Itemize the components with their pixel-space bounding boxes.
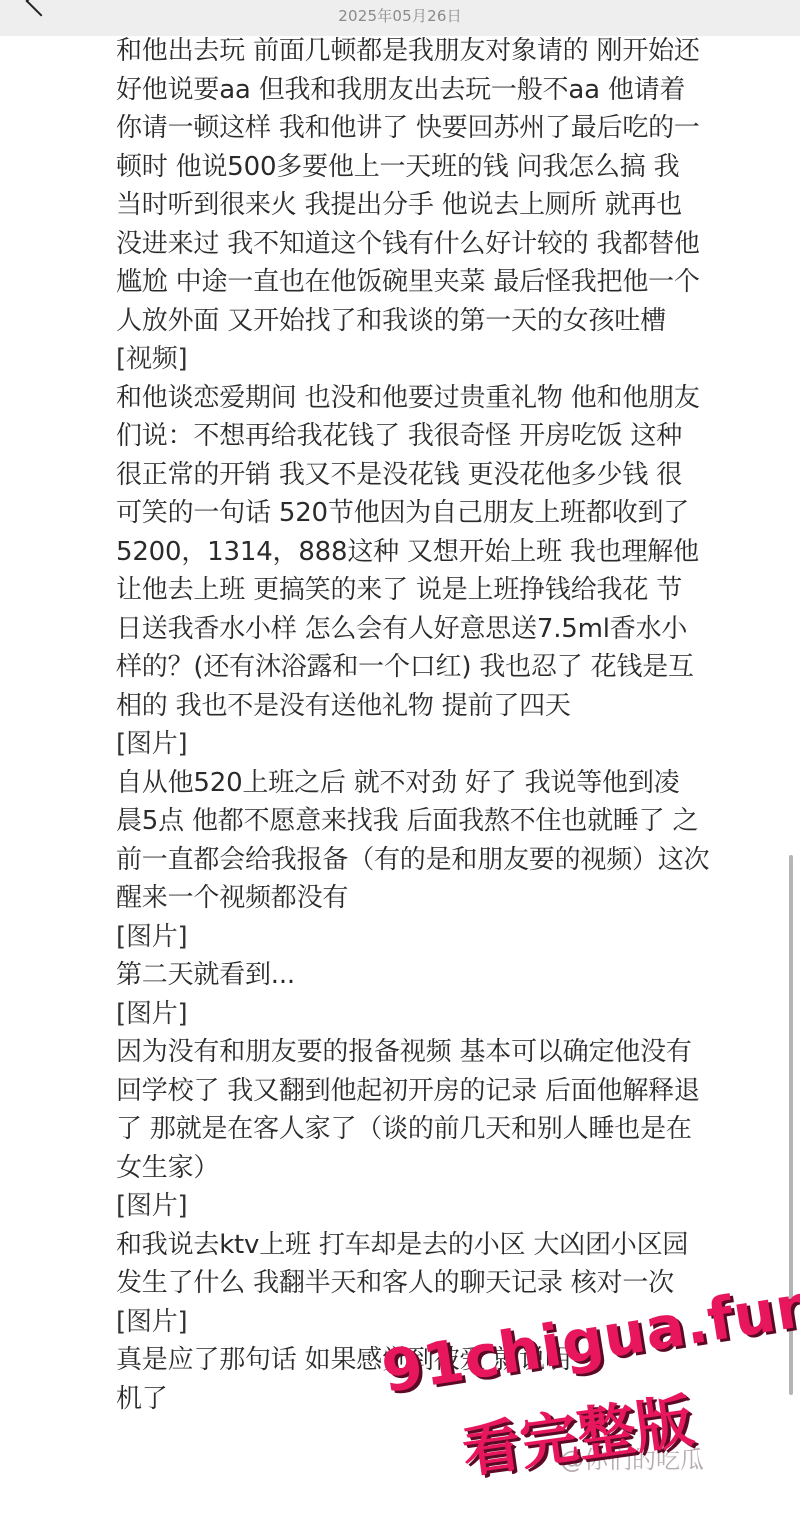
text-line: 回学校了 我又翻到他起初开房的记录 后面他解释退 — [116, 1072, 776, 1111]
image-placeholder[interactable]: [图片] — [116, 995, 776, 1034]
text-line: 你请一顿这样 我和他讲了 快要回苏州了最后吃的一 — [116, 109, 776, 148]
message-content: 和他出去玩 前面几顿都是我朋友对象请的 刚开始还 好他说要aa 但我和我朋友出去… — [116, 32, 776, 1418]
text-line: 醒来一个视频都没有 — [116, 879, 776, 918]
text-line: 和我说去ktv上班 打车却是去的小区 大凶团小区园 — [116, 1226, 776, 1265]
text-line: 让他去上班 更搞笑的来了 说是上班挣钱给我花 节 — [116, 571, 776, 610]
text-line: 尴尬 中途一直也在他饭碗里夹菜 最后怪我把他一个 — [116, 263, 776, 302]
text-line: 5200，1314，888这种 又想开始上班 我也理解他 — [116, 533, 776, 572]
text-line: 了 那就是在客人家了（谈的前几天和别人睡也是在 — [116, 1110, 776, 1149]
text-line: 晨5点 他都不愿意来找我 后面我熬不住也就睡了 之 — [116, 802, 776, 841]
text-line: 当时听到很来火 我提出分手 他说去上厕所 就再也 — [116, 186, 776, 225]
text-line: 和他出去玩 前面几顿都是我朋友对象请的 刚开始还 — [116, 32, 776, 71]
image-placeholder[interactable]: [图片] — [116, 1187, 776, 1226]
text-line: 相的 我也不是没有送他礼物 提前了四天 — [116, 687, 776, 726]
image-placeholder[interactable]: [图片] — [116, 918, 776, 957]
text-line: 前一直都会给我报备（有的是和朋友要的视频）这次 — [116, 841, 776, 880]
text-line: 们说：不想再给我花钱了 我很奇怪 开房吃饭 这种 — [116, 417, 776, 456]
text-line: 自从他520上班之后 就不对劲 好了 我说等他到凌 — [116, 764, 776, 803]
text-line: 人放外面 又开始找了和我谈的第一天的女孩吐槽 — [116, 302, 776, 341]
date-label: 2025年05月26日 — [0, 5, 800, 26]
bottom-fade — [0, 1495, 800, 1521]
text-line: 样的？(还有沐浴露和一个口红) 我也忍了 花钱是互 — [116, 648, 776, 687]
text-line: 可笑的一句话 520节他因为自己朋友上班都收到了 — [116, 494, 776, 533]
text-line: 顿时 他说500多要他上一天班的钱 问我怎么搞 我 — [116, 148, 776, 187]
text-line: 因为没有和朋友要的报备视频 基本可以确定他没有 — [116, 1033, 776, 1072]
top-bar: 2025年05月26日 — [0, 0, 800, 36]
text-line: 和他谈恋爱期间 也没和他要过贵重礼物 他和他朋友 — [116, 379, 776, 418]
image-placeholder[interactable]: [图片] — [116, 725, 776, 764]
text-line: 很正常的开销 我又不是没花钱 更没花他多少钱 很 — [116, 456, 776, 495]
text-line: 日送我香水小样 怎么会有人好意思送7.5ml香水小 — [116, 610, 776, 649]
text-line: 没进来过 我不知道这个钱有什么好计较的 我都替他 — [116, 225, 776, 264]
text-line: 好他说要aa 但我和我朋友出去玩一般不aa 他请着 — [116, 71, 776, 110]
text-line: 女生家） — [116, 1149, 776, 1188]
text-line: 第二天就看到... — [116, 956, 776, 995]
video-placeholder[interactable]: [视频] — [116, 340, 776, 379]
